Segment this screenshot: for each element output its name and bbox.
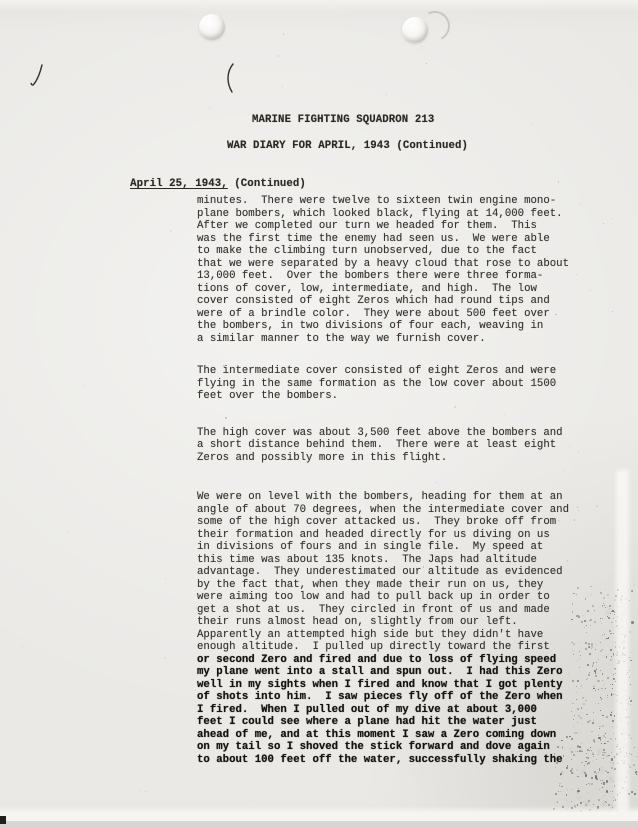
- text-line: this time was about 135 knots. The Japs …: [197, 554, 587, 567]
- text-line: cover consisted of eight Zeros which had…: [197, 295, 587, 308]
- text-line: to about 100 feet off the water, success…: [197, 754, 587, 767]
- text-line: tions of cover, low, intermediate, and h…: [197, 283, 587, 296]
- stray-paren-mark: [222, 62, 236, 94]
- text-line: my plane went into a stall and spun out.…: [197, 666, 587, 679]
- paragraph: We were on level with the bombers, headi…: [197, 491, 587, 766]
- scan-bottom-edge: [0, 806, 638, 821]
- text-line: We were on level with the bombers, headi…: [197, 491, 587, 504]
- text-line: feet I could see where a plane had hit t…: [197, 716, 587, 729]
- text-line: The high cover was about 3,500 feet abov…: [197, 427, 587, 440]
- paragraph: The intermediate cover consisted of eigh…: [197, 365, 587, 403]
- text-line: the bombers, in two divisions of four ea…: [197, 320, 587, 333]
- document-title: MARINE FIGHTING SQUADRON 213: [252, 114, 434, 126]
- text-line: flying in the same formation as the low …: [197, 378, 587, 391]
- text-line: to make the climbing turn unobserved, du…: [197, 245, 587, 258]
- text-line: The intermediate cover consisted of eigh…: [197, 365, 587, 378]
- text-line: their runs almost head on, slightly from…: [197, 616, 587, 629]
- text-line: by the fact that, when they made their r…: [197, 579, 587, 592]
- text-line: of shots into him. I saw pieces fly off …: [197, 691, 587, 704]
- text-line: some of the high cover attacked us. They…: [197, 516, 587, 529]
- text-line: or second Zero and fired and due to loss…: [197, 654, 587, 667]
- date-heading-suffix: (Continued): [228, 178, 306, 190]
- scan-top-edge: [0, 0, 638, 12]
- text-line: angle of about 70 degrees, when the inte…: [197, 504, 587, 517]
- text-line: enough altitude. I pulled up directly to…: [197, 641, 587, 654]
- date-heading-date: April 25, 1943,: [130, 178, 228, 190]
- text-line: a short distance behind them. There were…: [197, 439, 587, 452]
- scan-corner-mark: [0, 816, 6, 824]
- text-line: I fired. When I pulled out of my dive at…: [197, 704, 587, 717]
- text-line: on my tail so I shoved the stick forward…: [197, 741, 587, 754]
- text-line: feet over the bombers.: [197, 390, 587, 403]
- text-line: plane bombers, which looked black, flyin…: [197, 208, 587, 221]
- text-line: advantage. They underestimated our altit…: [197, 566, 587, 579]
- document-subtitle: WAR DIARY FOR APRIL, 1943 (Continued): [227, 140, 468, 152]
- text-line: minutes. There were twelve to sixteen tw…: [197, 195, 587, 208]
- document-body: minutes. There were twelve to sixteen tw…: [197, 195, 587, 766]
- scanned-document-page: MARINE FIGHTING SQUADRON 213 WAR DIARY F…: [0, 0, 638, 828]
- text-line: Zeros and possibly more in this flight.: [197, 452, 587, 465]
- paragraph: minutes. There were twelve to sixteen tw…: [197, 195, 587, 345]
- text-line: were aiming too low and had to pull back…: [197, 591, 587, 604]
- text-line: in divisions of fours and in single file…: [197, 541, 587, 554]
- text-line: ahead of me, and at this moment I saw a …: [197, 729, 587, 742]
- scan-bottom-band: [0, 821, 638, 828]
- paragraph: The high cover was about 3,500 feet abov…: [197, 427, 587, 465]
- scan-right-edge: [616, 470, 629, 828]
- text-line: their formation and headed directly for …: [197, 529, 587, 542]
- text-line: Apparently an attempted high side but th…: [197, 629, 587, 642]
- stray-pen-mark: [29, 64, 45, 90]
- hole-punch-right: [402, 17, 428, 43]
- text-line: get a shot at us. They circled in front …: [197, 604, 587, 617]
- text-line: After we completed our turn we headed fo…: [197, 220, 587, 233]
- text-line: were of a brindle color. They were about…: [197, 308, 587, 321]
- text-line: was the first time the enemy had seen us…: [197, 233, 587, 246]
- text-line: well in my sights when I fired and know …: [197, 679, 587, 692]
- text-line: 13,000 feet. Over the bombers there were…: [197, 270, 587, 283]
- text-line: a similar manner to the way we furnish c…: [197, 333, 587, 346]
- hole-punch-left: [199, 14, 225, 40]
- text-line: that we were separated by a heavy cloud …: [197, 258, 587, 271]
